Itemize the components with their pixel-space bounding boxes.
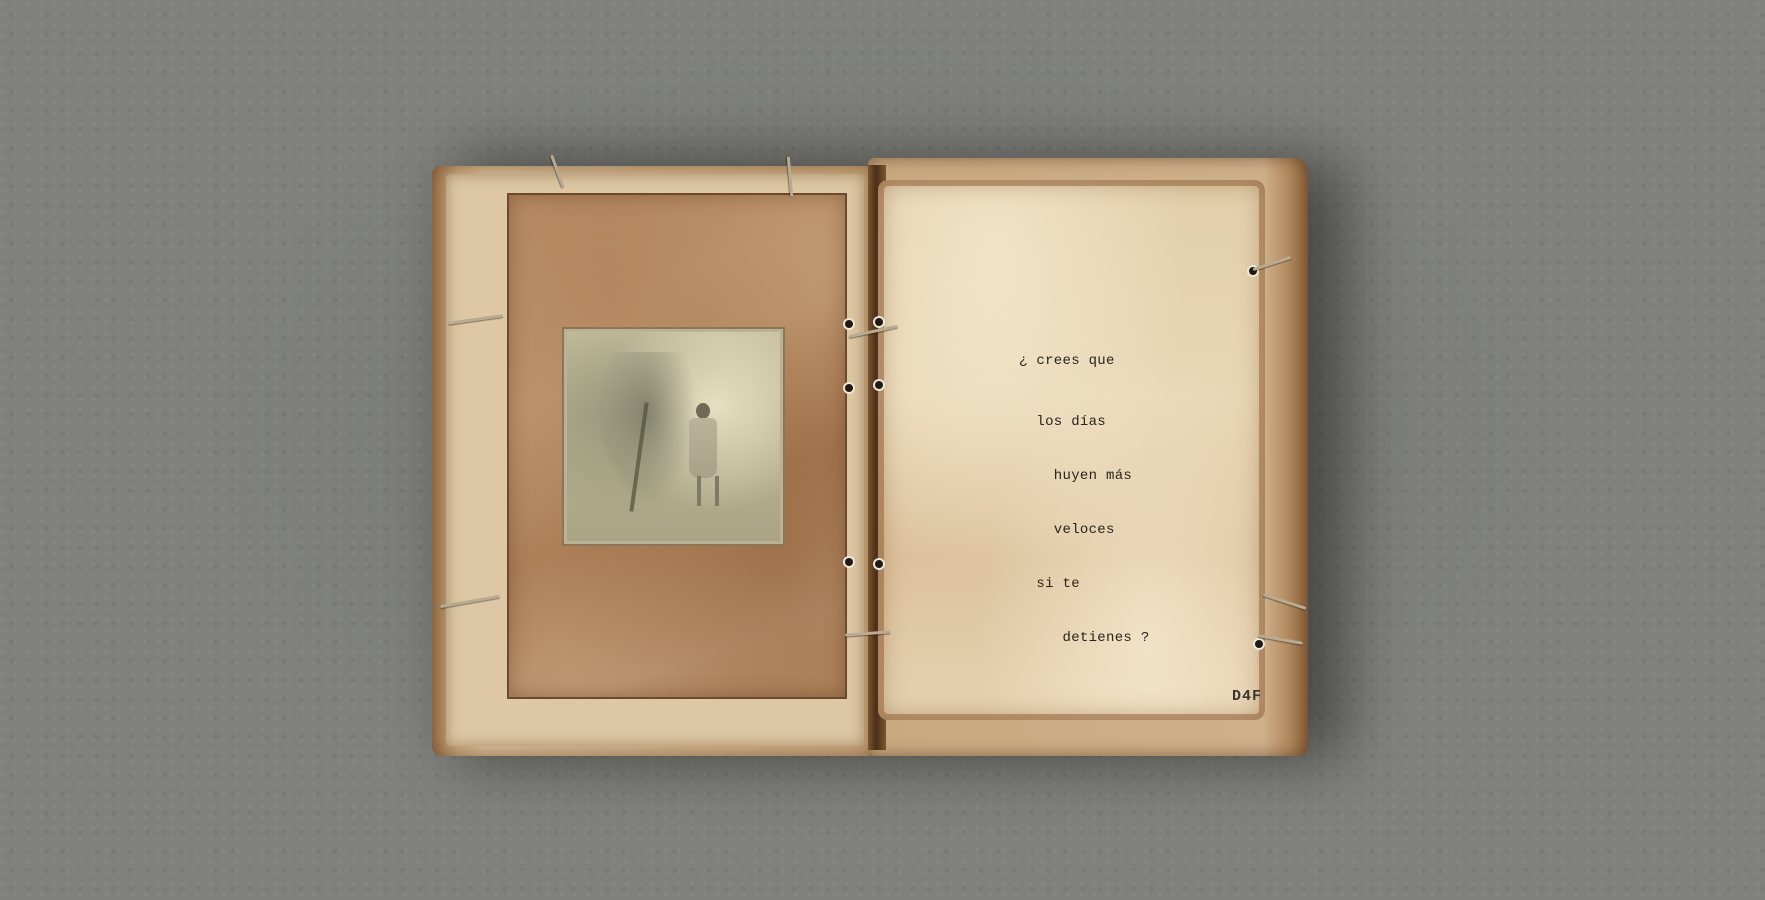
binding-hole xyxy=(845,558,853,566)
binding-hole xyxy=(875,381,883,389)
binding-hole xyxy=(875,560,883,568)
binding-hole xyxy=(875,318,883,326)
typewritten-poem: ¿ crees que los días huyen más veloces s… xyxy=(1019,316,1150,665)
poem-line: si te xyxy=(1019,575,1150,593)
binding-hole xyxy=(845,320,853,328)
photo-tree xyxy=(597,352,697,502)
poem-line: ¿ crees que xyxy=(1019,352,1150,370)
photo-girl-dress xyxy=(689,418,717,478)
vintage-photograph xyxy=(564,329,783,544)
photo-girl-legs xyxy=(697,476,719,506)
poem-line: detienes ? xyxy=(1019,629,1150,647)
poem-line: veloces xyxy=(1019,521,1150,539)
binding-hole xyxy=(1255,640,1263,648)
binding-hole xyxy=(845,384,853,392)
page-stamp: D4F xyxy=(1232,688,1262,705)
poem-line: los días xyxy=(1019,413,1150,431)
poem-line: huyen más xyxy=(1019,467,1150,485)
photo-girl-head xyxy=(696,403,710,419)
